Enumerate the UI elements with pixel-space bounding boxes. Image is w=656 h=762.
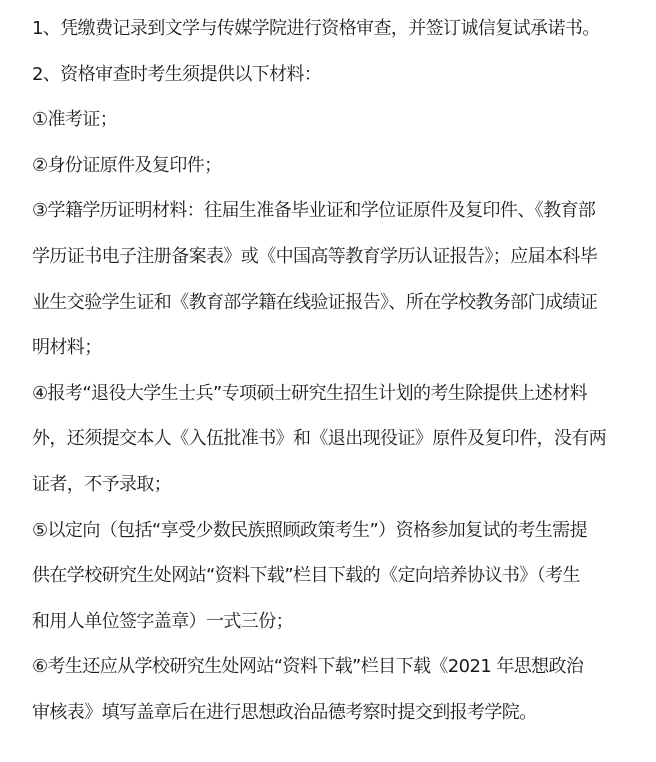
paragraph-material-1: ①准考证； [32,97,610,143]
paragraph-item-2: 2、资格审查时考生须提供以下材料： [32,52,610,98]
text-line: ④报考“退役大学生士兵”专项硕士研究生招生计划的考生除提供上述材料 [32,371,610,417]
text-line: 证者，不予录取； [32,462,610,508]
paragraph-item-1: 1、凭缴费记录到文学与传媒学院进行资格审查，并签订诚信复试承诺书。 [32,6,610,52]
paragraph-material-3: ③学籍学历证明材料：往届生准备毕业证和学位证原件及复印件、《教育部 学历证书电子… [32,188,610,370]
text-line: 1、凭缴费记录到文学与传媒学院进行资格审查，并签订诚信复试承诺书。 [32,6,610,52]
document-body: 1、凭缴费记录到文学与传媒学院进行资格审查，并签订诚信复试承诺书。 2、资格审查… [32,6,610,736]
text-line: 外，还须提交本人《入伍批准书》和《退出现役证》原件及复印件，没有两 [32,416,610,462]
paragraph-material-5: ⑤以定向（包括“享受少数民族照顾政策考生”）资格参加复试的考生需提 供在学校研究… [32,508,610,645]
text-line: ③学籍学历证明材料：往届生准备毕业证和学位证原件及复印件、《教育部 [32,188,610,234]
text-line: ⑤以定向（包括“享受少数民族照顾政策考生”）资格参加复试的考生需提 [32,508,610,554]
text-line: 2、资格审查时考生须提供以下材料： [32,52,610,98]
text-line: 和用人单位签字盖章）一式三份； [32,599,610,645]
paragraph-material-4: ④报考“退役大学生士兵”专项硕士研究生招生计划的考生除提供上述材料 外，还须提交… [32,371,610,508]
text-line: ②身份证原件及复印件； [32,143,610,189]
text-line: ⑥考生还应从学校研究生处网站“资料下载”栏目下载《2021 年思想政治 [32,644,610,690]
text-line: 业生交验学生证和《教育部学籍在线验证报告》、所在学校教务部门成绩证 [32,280,610,326]
text-line: 供在学校研究生处网站“资料下载”栏目下载的《定向培养协议书》（考生 [32,553,610,599]
paragraph-material-6: ⑥考生还应从学校研究生处网站“资料下载”栏目下载《2021 年思想政治 审核表》… [32,644,610,735]
text-line: 学历证书电子注册备案表》或《中国高等教育学历认证报告》；应届本科毕 [32,234,610,280]
text-line: ①准考证； [32,97,610,143]
text-line: 明材料； [32,325,610,371]
paragraph-material-2: ②身份证原件及复印件； [32,143,610,189]
text-line: 审核表》填写盖章后在进行思想政治品德考察时提交到报考学院。 [32,690,610,736]
